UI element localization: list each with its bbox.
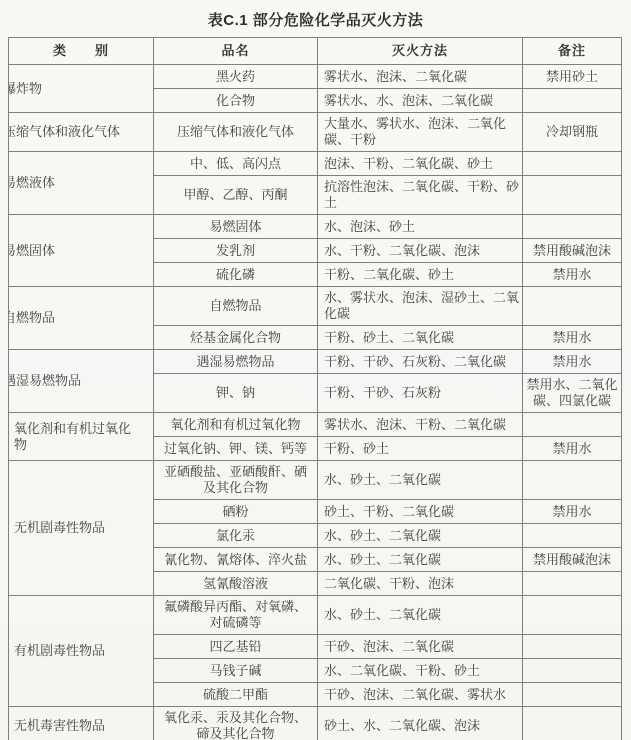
- header-cell-method: 灭火方法: [318, 38, 523, 65]
- method-cell: 水、二氧化碳、干粉、砂土: [318, 659, 523, 683]
- product-name-cell: 压缩气体和液化气体: [154, 113, 318, 152]
- method-cell: 雾状水、水、泡沫、二氧化碳: [318, 89, 523, 113]
- note-cell: [523, 683, 622, 707]
- note-cell: 禁用水、二氧化碳、四氯化碳: [523, 374, 622, 413]
- table-header: 类 别 品名 灭火方法 备注: [9, 38, 622, 65]
- method-cell: 水、砂土、二氧化碳: [318, 596, 523, 635]
- category-label: 压缩气体和液化气体: [9, 124, 154, 140]
- product-name-cell: 甲醇、乙醇、丙酮: [154, 176, 318, 215]
- note-cell: 禁用水: [523, 350, 622, 374]
- product-name-cell: 发乳剂: [154, 239, 318, 263]
- product-name-cell: 黑火药: [154, 65, 318, 89]
- method-cell: 大量水、雾状水、泡沫、二氧化碳、干粉: [318, 113, 523, 152]
- table-body: 爆炸物黑火药雾状水、泡沫、二氧化碳禁用砂土化合物雾状水、水、泡沫、二氧化碳压缩气…: [9, 65, 622, 740]
- note-cell: 禁用水: [523, 326, 622, 350]
- product-name-cell: 氰化物、氰熔体、淬火盐: [154, 548, 318, 572]
- category-cell: 遇湿易燃物品: [9, 350, 154, 413]
- product-name-cell: 中、低、高闪点: [154, 152, 318, 176]
- table-title: 表C.1 部分危险化学品灭火方法: [0, 0, 631, 33]
- category-label: 自燃物品: [9, 310, 154, 326]
- note-cell: 禁用水: [523, 437, 622, 461]
- method-cell: 抗溶性泡沫、二氧化碳、干粉、砂土: [318, 176, 523, 215]
- header-cell-category: 类 别: [9, 38, 154, 65]
- method-cell: 二氧化碳、干粉、泡沫: [318, 572, 523, 596]
- header-cell-product-name: 品名: [154, 38, 318, 65]
- table-row: 压缩气体和液化气体压缩气体和液化气体大量水、雾状水、泡沫、二氧化碳、干粉冷却钢瓶: [9, 113, 622, 152]
- method-cell: 水、砂土、二氧化碳: [318, 548, 523, 572]
- category-cell: 压缩气体和液化气体: [9, 113, 154, 152]
- method-cell: 雾状水、泡沫、干粉、二氧化碳: [318, 413, 523, 437]
- product-name-cell: 过氧化钠、钾、镁、钙等: [154, 437, 318, 461]
- note-cell: [523, 413, 622, 437]
- category-cell: 无机毒害性物品: [9, 707, 154, 740]
- product-name-cell: 自燃物品: [154, 287, 318, 326]
- note-cell: [523, 215, 622, 239]
- table-row: 自燃物品自燃物品水、雾状水、泡沫、湿砂土、二氧化碳: [9, 287, 622, 326]
- table-row: 遇湿易燃物品遇湿易燃物品干粉、干砂、石灰粉、二氧化碳禁用水: [9, 350, 622, 374]
- method-cell: 雾状水、泡沫、二氧化碳: [318, 65, 523, 89]
- product-name-cell: 易燃固体: [154, 215, 318, 239]
- category-cell: 爆炸物: [9, 65, 154, 113]
- category-cell: 有机剧毒性物品: [9, 596, 154, 707]
- table-row: 有机剧毒性物品氟磷酸异丙酯、对氧磷、对硫磷等水、砂土、二氧化碳: [9, 596, 622, 635]
- note-cell: 禁用酸碱泡沫: [523, 239, 622, 263]
- note-cell: [523, 659, 622, 683]
- product-name-cell: 化合物: [154, 89, 318, 113]
- product-name-cell: 硫化磷: [154, 263, 318, 287]
- method-cell: 干粉、二氧化碳、砂土: [318, 263, 523, 287]
- category-label: 氧化剂和有机过氧化物: [14, 421, 142, 453]
- category-label: 遇湿易燃物品: [9, 373, 154, 389]
- note-cell: [523, 176, 622, 215]
- category-label: 无机剧毒性物品: [14, 520, 142, 536]
- table-row: 易燃固体易燃固体水、泡沫、砂土: [9, 215, 622, 239]
- extinguishing-methods-table: 类 别 品名 灭火方法 备注 爆炸物黑火药雾状水、泡沫、二氧化碳禁用砂土化合物雾…: [8, 37, 622, 740]
- category-cell: 自燃物品: [9, 287, 154, 350]
- note-cell: 禁用水: [523, 500, 622, 524]
- category-cell: 易燃固体: [9, 215, 154, 287]
- table-row: 易燃液体中、低、高闪点泡沫、干粉、二氧化碳、砂土: [9, 152, 622, 176]
- note-cell: [523, 707, 622, 740]
- note-cell: [523, 89, 622, 113]
- note-cell: [523, 635, 622, 659]
- method-cell: 干粉、干砂、石灰粉: [318, 374, 523, 413]
- product-name-cell: 氢氰酸溶液: [154, 572, 318, 596]
- product-name-cell: 硒粉: [154, 500, 318, 524]
- header-row: 类 别 品名 灭火方法 备注: [9, 38, 622, 65]
- method-cell: 干粉、砂土: [318, 437, 523, 461]
- note-cell: [523, 152, 622, 176]
- method-cell: 水、泡沫、砂土: [318, 215, 523, 239]
- note-cell: 禁用砂土: [523, 65, 622, 89]
- method-cell: 水、雾状水、泡沫、湿砂土、二氧化碳: [318, 287, 523, 326]
- table-row: 无机剧毒性物品亚硒酸盐、亚硒酸酐、硒及其化合物水、砂土、二氧化碳: [9, 461, 622, 500]
- note-cell: [523, 524, 622, 548]
- method-cell: 泡沫、干粉、二氧化碳、砂土: [318, 152, 523, 176]
- method-cell: 砂土、水、二氧化碳、泡沫: [318, 707, 523, 740]
- note-cell: [523, 596, 622, 635]
- product-name-cell: 亚硒酸盐、亚硒酸酐、硒及其化合物: [154, 461, 318, 500]
- note-cell: 禁用酸碱泡沫: [523, 548, 622, 572]
- category-label: 无机毒害性物品: [14, 718, 142, 734]
- note-cell: 禁用水: [523, 263, 622, 287]
- note-cell: [523, 572, 622, 596]
- product-name-cell: 硫酸二甲酯: [154, 683, 318, 707]
- method-cell: 水、砂土、二氧化碳: [318, 524, 523, 548]
- table-row: 爆炸物黑火药雾状水、泡沫、二氧化碳禁用砂土: [9, 65, 622, 89]
- note-cell: 冷却钢瓶: [523, 113, 622, 152]
- product-name-cell: 氧化剂和有机过氧化物: [154, 413, 318, 437]
- method-cell: 水、干粉、二氧化碳、泡沫: [318, 239, 523, 263]
- category-cell: 氧化剂和有机过氧化物: [9, 413, 154, 461]
- product-name-cell: 钾、钠: [154, 374, 318, 413]
- category-label: 有机剧毒性物品: [14, 643, 142, 659]
- method-cell: 干粉、干砂、石灰粉、二氧化碳: [318, 350, 523, 374]
- method-cell: 干粉、砂土、二氧化碳: [318, 326, 523, 350]
- table-row: 氧化剂和有机过氧化物氧化剂和有机过氧化物雾状水、泡沫、干粉、二氧化碳: [9, 413, 622, 437]
- category-label: 易燃液体: [9, 175, 154, 191]
- note-cell: [523, 287, 622, 326]
- product-name-cell: 氟磷酸异丙酯、对氧磷、对硫磷等: [154, 596, 318, 635]
- method-cell: 水、砂土、二氧化碳: [318, 461, 523, 500]
- document-page: 表C.1 部分危险化学品灭火方法 类 别 品名 灭火方法 备注 爆炸物黑火药雾状…: [0, 0, 631, 740]
- method-cell: 干砂、泡沫、二氧化碳: [318, 635, 523, 659]
- product-name-cell: 氯化汞: [154, 524, 318, 548]
- method-cell: 砂土、干粉、二氧化碳: [318, 500, 523, 524]
- product-name-cell: 马钱子碱: [154, 659, 318, 683]
- table-row: 无机毒害性物品氧化汞、汞及其化合物、碲及其化合物砂土、水、二氧化碳、泡沫: [9, 707, 622, 740]
- category-cell: 易燃液体: [9, 152, 154, 215]
- product-name-cell: 烃基金属化合物: [154, 326, 318, 350]
- category-label: 易燃固体: [9, 243, 154, 259]
- category-cell: 无机剧毒性物品: [9, 461, 154, 596]
- product-name-cell: 氧化汞、汞及其化合物、碲及其化合物: [154, 707, 318, 740]
- product-name-cell: 遇湿易燃物品: [154, 350, 318, 374]
- header-cell-note: 备注: [523, 38, 622, 65]
- note-cell: [523, 461, 622, 500]
- category-label: 爆炸物: [9, 81, 154, 97]
- method-cell: 干砂、泡沫、二氧化碳、雾状水: [318, 683, 523, 707]
- product-name-cell: 四乙基铅: [154, 635, 318, 659]
